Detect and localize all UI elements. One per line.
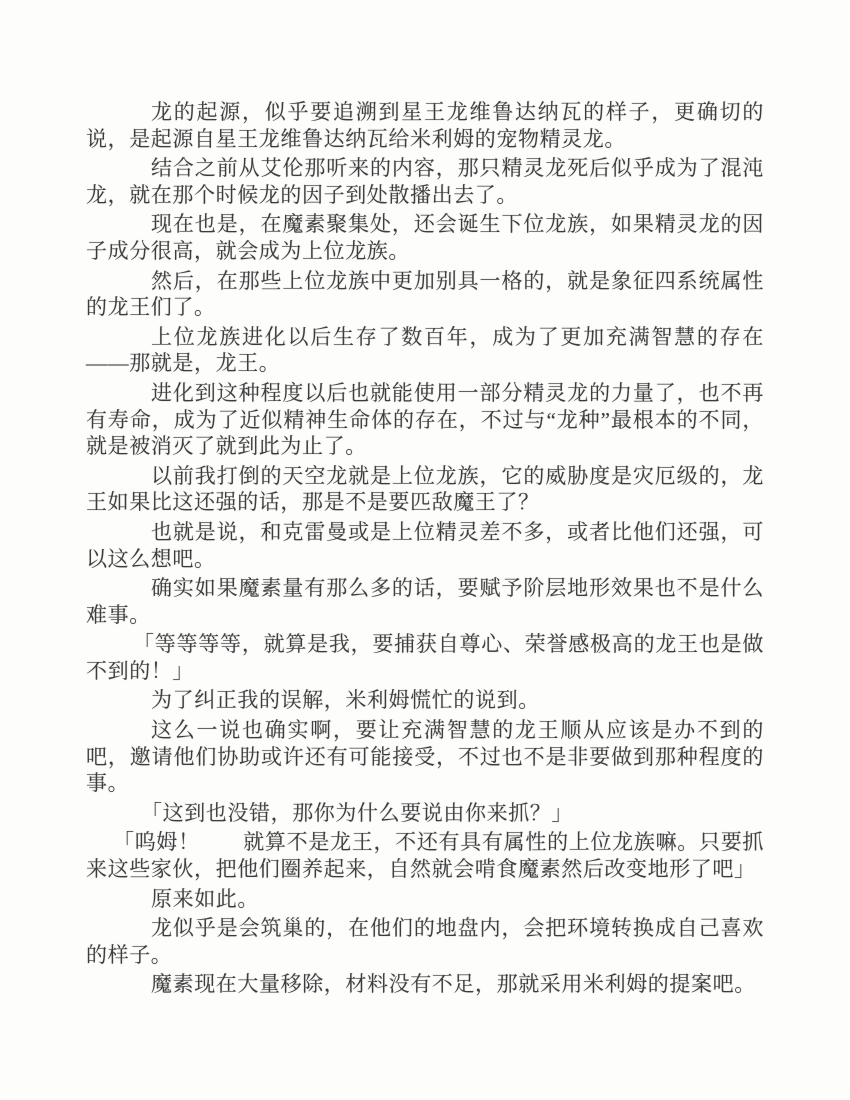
narration-paragraph: 魔素现在大量移除，材料没有不足，那就采用米利姆的提案吧。 <box>86 971 764 998</box>
narration-paragraph: 上位龙族进化以后生存了数百年，成为了更加充满智慧的存在——那就是，龙王。 <box>86 324 764 377</box>
narration-paragraph: 龙的起源，似乎要追溯到星王龙维鲁达纳瓦的样子，更确切的说，是起源自星王龙维鲁达纳… <box>86 99 764 152</box>
narration-paragraph: 原来如此。 <box>86 886 764 913</box>
dialogue-paragraph: 「呜姆！ 就算不是龙王，不还有具有属性的上位龙族嘛。只要抓来这些家伙，把他们圈养… <box>86 829 764 882</box>
narration-paragraph: 这么一说也确实啊，要让充满智慧的龙王顺从应该是办不到的吧，邀请他们协助或许还有可… <box>86 717 764 797</box>
narration-paragraph: 龙似乎是会筑巢的，在他们的地盘内，会把环境转换成自己喜欢的样子。 <box>86 915 764 968</box>
scanned-novel-page: 龙的起源，似乎要追溯到星王龙维鲁达纳瓦的样子，更确切的说，是起源自星王龙维鲁达纳… <box>0 0 850 1100</box>
narration-paragraph: 进化到这种程度以后也就能使用一部分精灵龙的力量了，也不再有寿命，成为了近似精神生… <box>86 380 764 460</box>
narration-paragraph: 现在也是，在魔素聚集处，还会诞生下位龙族，如果精灵龙的因子成分很高，就会成为上位… <box>86 211 764 264</box>
dialogue-paragraph: 「等等等等，就算是我，要捕获自尊心、荣誉感极高的龙王也是做不到的！」 <box>86 631 764 684</box>
narration-paragraph: 也就是说，和克雷曼或是上位精灵差不多，或者比他们还强，可以这么想吧。 <box>86 519 764 572</box>
novel-text-block: 龙的起源，似乎要追溯到星王龙维鲁达纳瓦的样子，更确切的说，是起源自星王龙维鲁达纳… <box>86 99 764 1001</box>
narration-paragraph: 结合之前从艾伦那听来的内容，那只精灵龙死后似乎成为了混沌龙，就在那个时候龙的因子… <box>86 155 764 208</box>
narration-paragraph: 为了纠正我的误解，米利姆慌忙的说到。 <box>86 687 764 714</box>
narration-paragraph: 然后，在那些上位龙族中更加别具一格的，就是象征四系统属性的龙王们了。 <box>86 268 764 321</box>
dialogue-paragraph: 「这到也没错，那你为什么要说由你来抓？」 <box>86 800 764 827</box>
narration-paragraph: 确实如果魔素量有那么多的话，要赋予阶层地形效果也不是什么难事。 <box>86 575 764 628</box>
narration-paragraph: 以前我打倒的天空龙就是上位龙族，它的威胁度是灾厄级的，龙王如果比这还强的话，那是… <box>86 463 764 516</box>
